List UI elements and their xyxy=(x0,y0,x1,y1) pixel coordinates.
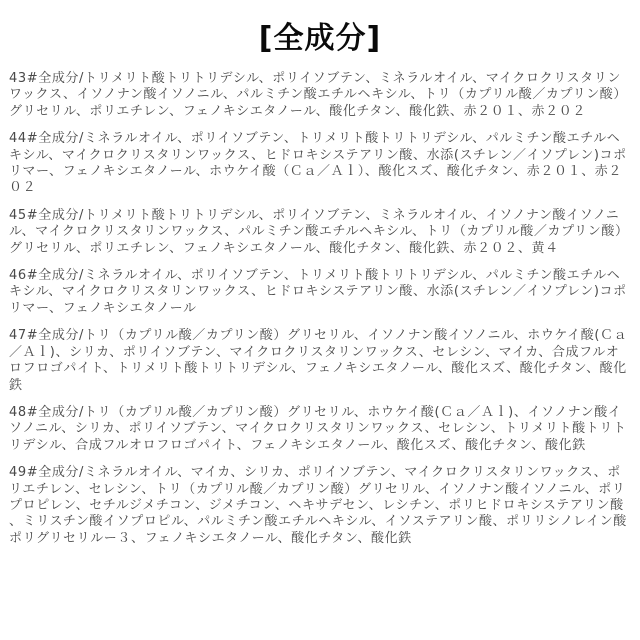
ingredients-paragraph-43: 43#全成分/トリメリト酸トリトリデシル、ポリイソブテン、ミネラルオイル、マイク… xyxy=(9,71,631,120)
ingredients-paragraph-45: 45#全成分/トリメリト酸トリトリデシル、ポリイソブテン、ミネラルオイル、イソノ… xyxy=(9,208,631,257)
ingredients-paragraph-46: 46#全成分/ミネラルオイル、ポリイソブテン、トリメリト酸トリトリデシル、パルミ… xyxy=(9,268,631,317)
ingredients-paragraph-48: 48#全成分/トリ（カプリル酸／カプリン酸）グリセリル、ホウケイ酸(Ｃａ／Ａｌ)… xyxy=(9,405,631,454)
ingredients-paragraph-47: 47#全成分/トリ（カプリル酸／カプリン酸）グリセリル、イソノナン酸イソノニル、… xyxy=(9,328,631,394)
ingredients-list: 43#全成分/トリメリト酸トリトリデシル、ポリイソブテン、ミネラルオイル、マイク… xyxy=(0,71,640,547)
page-title: [全成分] xyxy=(0,0,640,71)
ingredients-page: [全成分] 43#全成分/トリメリト酸トリトリデシル、ポリイソブテン、ミネラルオ… xyxy=(0,0,640,640)
ingredients-paragraph-49: 49#全成分/ミネラルオイル、マイカ、シリカ、ポリイソブテン、マイクロクリスタリ… xyxy=(9,465,631,547)
ingredients-paragraph-44: 44#全成分/ミネラルオイル、ポリイソブテン、トリメリト酸トリトリデシル、パルミ… xyxy=(9,131,631,197)
